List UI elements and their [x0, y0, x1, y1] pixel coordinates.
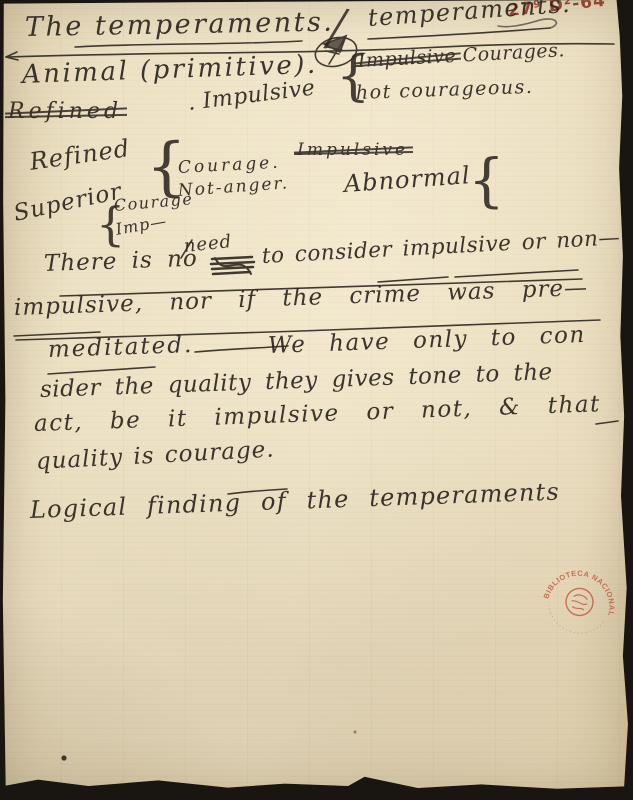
- abnormal-label: Abnormal: [343, 163, 471, 197]
- ink-dot: [61, 755, 66, 760]
- paragraph-line-6: quality is courage.: [35, 438, 275, 475]
- title-underline-left: [75, 41, 302, 47]
- paragraph-line-1-end: to consider impulsive or non—: [261, 227, 621, 268]
- animal-item-1-rest: Courages.: [456, 39, 566, 67]
- page-title-right: temperaments.: [367, 0, 572, 31]
- refined-struck-label: Refined: [8, 99, 122, 124]
- refined-item-3: Not-anger.: [177, 175, 289, 201]
- scribble-blob: [211, 257, 254, 274]
- abnormal-brace: {: [468, 150, 505, 211]
- paragraph-line-3-rest: We have only to con: [268, 323, 587, 358]
- footer-heading: Logical finding of the temperaments: [30, 480, 561, 524]
- top-rule-start-tick: [6, 52, 18, 60]
- animal-item-1: Impulsive Courages.: [357, 41, 565, 72]
- dash-line5-end: [596, 421, 618, 424]
- svg-text:BIBLIOTECA NACIONAL: BIBLIOTECA NACIONAL: [541, 561, 625, 618]
- refined-item-1: Impulsive: [297, 140, 408, 160]
- manuscript-page: 27⁹ D²-64 The temperaments. / temperamen…: [0, 0, 633, 800]
- paragraph-line-1-start: There is no: [44, 247, 199, 276]
- refined-label: Refined: [28, 136, 131, 175]
- paper-speck: [354, 731, 357, 734]
- manuscript-photo: 27⁹ D²-64 The temperaments. / temperamen…: [0, 0, 633, 800]
- paragraph-line-2: impulsive, nor if the crime was pre—: [14, 276, 589, 320]
- paragraph-line-3-word: meditated.: [48, 333, 194, 362]
- animal-item-2: hot courageous.: [356, 78, 534, 104]
- animal-item-1-struck-word: Impulsive: [357, 45, 456, 72]
- superior-item-1: Courage: [113, 191, 194, 215]
- page-title-left: The temperaments.: [25, 9, 335, 43]
